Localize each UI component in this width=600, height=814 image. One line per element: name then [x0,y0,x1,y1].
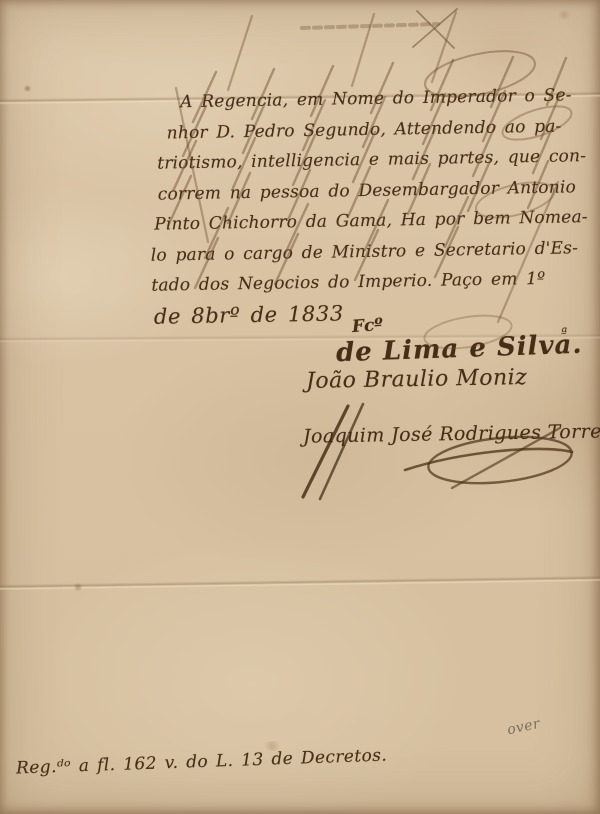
signature-rodrigues-torres: Joaquim José Rodrigues Torres [303,420,600,447]
fold-crease-bottom [0,575,600,590]
signature-superscript: ª [561,326,567,341]
registration-note: Reg.ᵈᵒ a fl. 162 v. do L. 13 de Decretos… [16,746,388,779]
pencil-note-over: over [506,716,542,739]
foxing-spot [73,583,83,591]
signature-joao-braulio-moniz: João Braulio Moniz [306,365,528,394]
letter-body: A Regencia, em Nome do Imperador o Se- n… [148,80,582,331]
signature-abbreviation: Fcº [351,315,383,337]
foxing-spot [557,10,571,20]
scanned-letter-page: A Regencia, em Nome do Imperador o Se- n… [0,0,600,814]
foxing-spot [23,85,32,92]
